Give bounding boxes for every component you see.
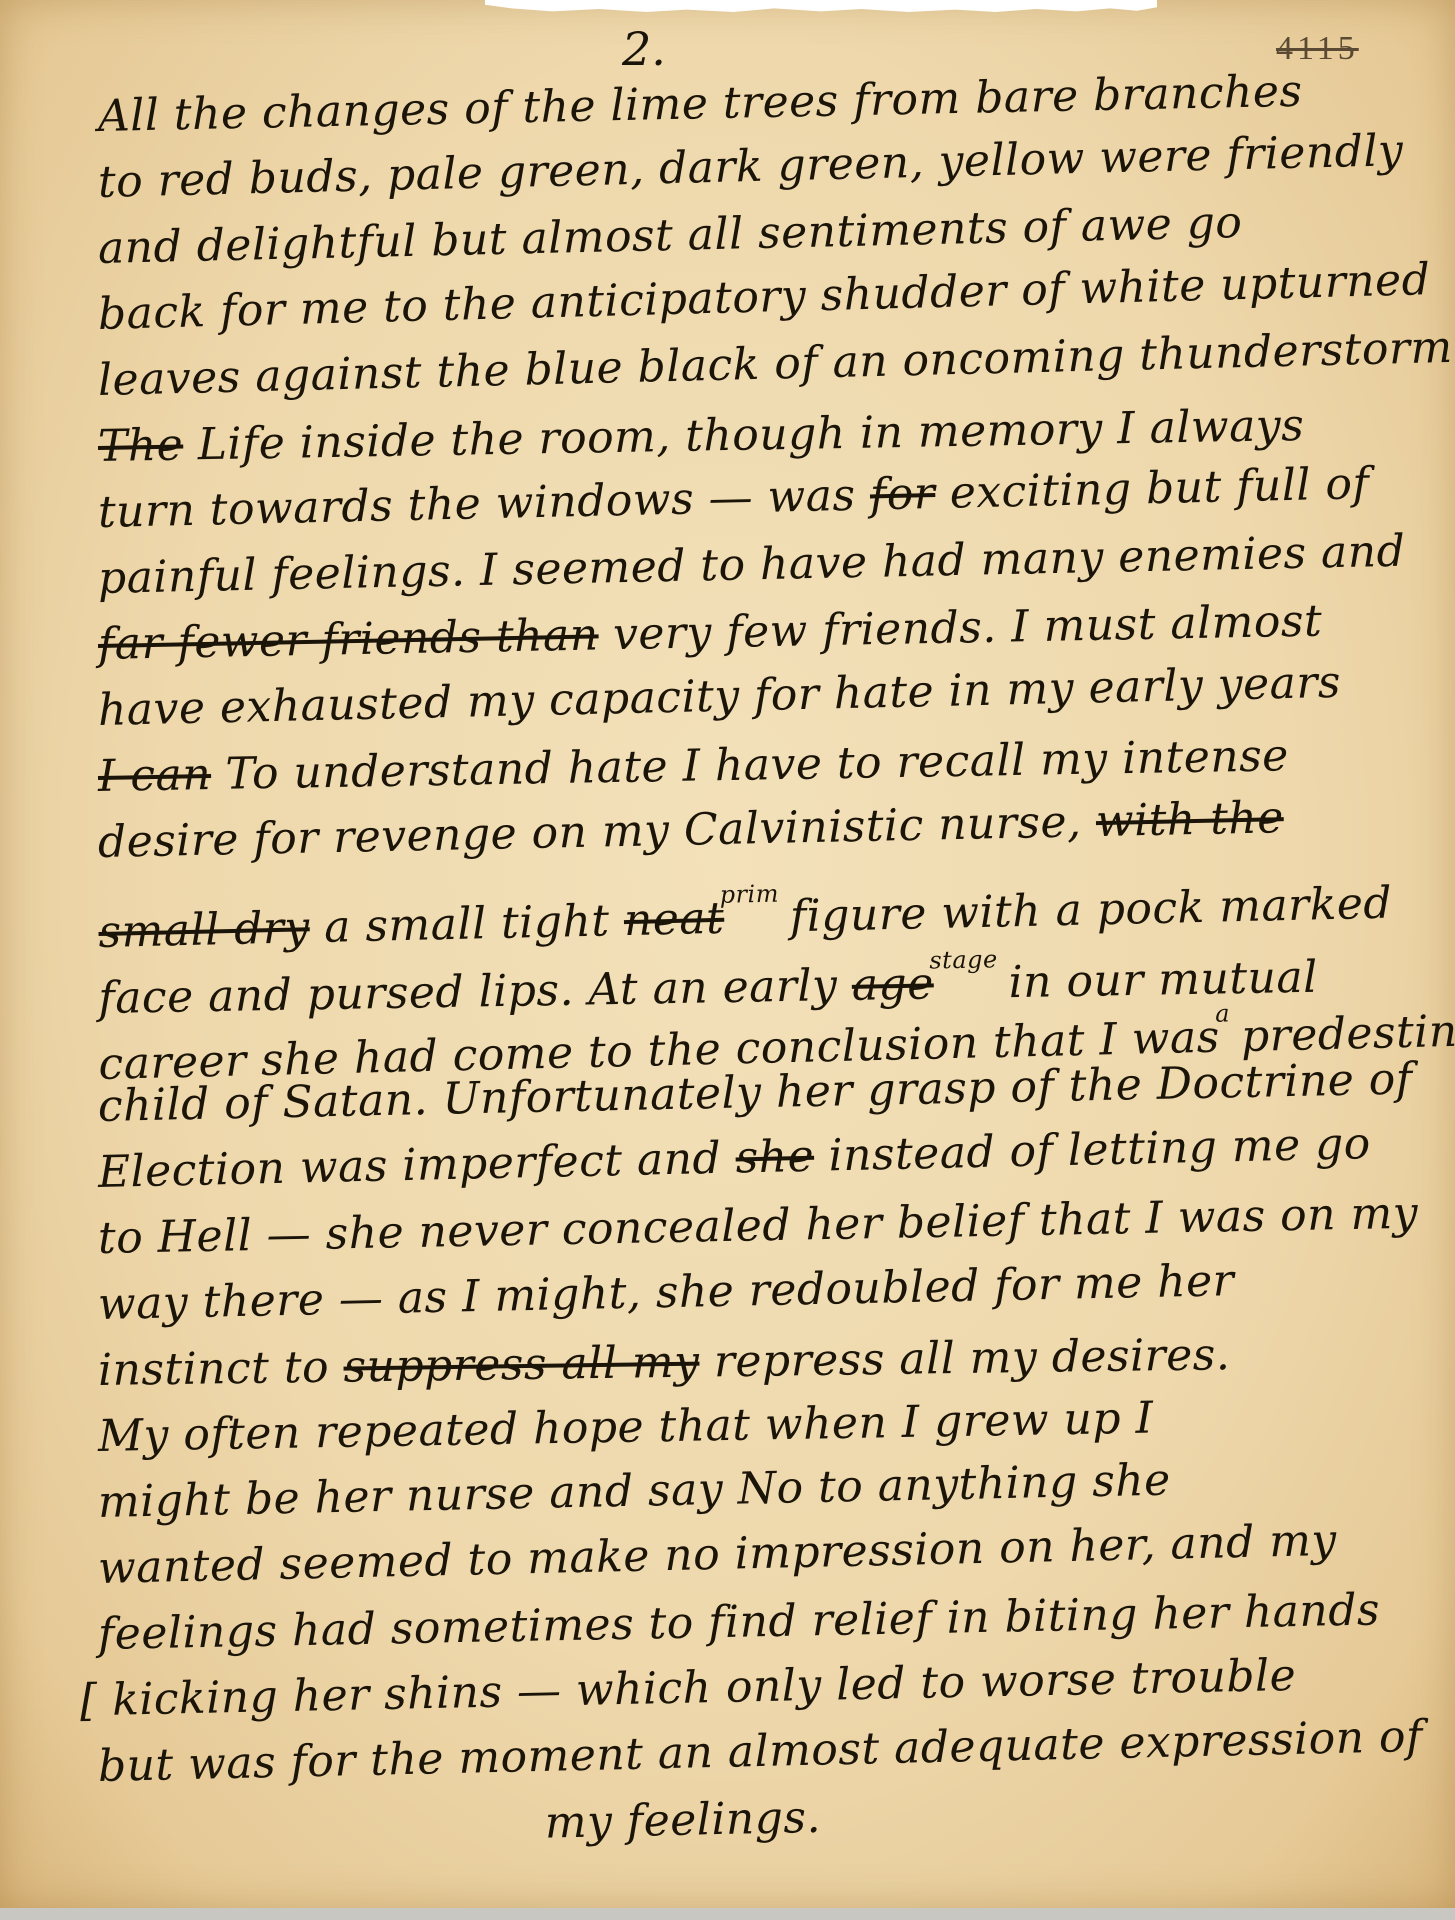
- line-text: my feelings.: [544, 1792, 821, 1849]
- struck-text: with the: [1095, 792, 1284, 847]
- page-number: 2.: [622, 22, 666, 76]
- struck-text: far fewer friends than: [98, 609, 600, 670]
- struck-text: she: [735, 1131, 815, 1184]
- struck-text: for: [869, 468, 935, 520]
- line-text: repress all my desires.: [699, 1329, 1231, 1387]
- struck-text: I can: [98, 749, 212, 802]
- manuscript-body: All the changes of the lime trees from b…: [98, 84, 1388, 1866]
- inserted-text: prim: [719, 880, 779, 909]
- scan-bottom-edge: [0, 1908, 1455, 1920]
- line-text: very few friends. I must almost: [598, 596, 1323, 661]
- line-text: instinct to: [98, 1342, 344, 1396]
- line-text: exciting but full of: [935, 458, 1370, 519]
- struck-text: suppress all my: [343, 1337, 700, 1393]
- manuscript-sheet: 2. 4115 All the changes of the lime tree…: [0, 0, 1455, 1908]
- line-text: Election was imperfect and: [97, 1133, 736, 1198]
- margin-bracket: [: [79, 1675, 98, 1726]
- line-text: turn towards the windows — was: [97, 469, 870, 538]
- inserted-text: stage: [929, 945, 998, 974]
- struck-text: The: [98, 420, 184, 472]
- line-text: instead of letting me go: [813, 1118, 1371, 1182]
